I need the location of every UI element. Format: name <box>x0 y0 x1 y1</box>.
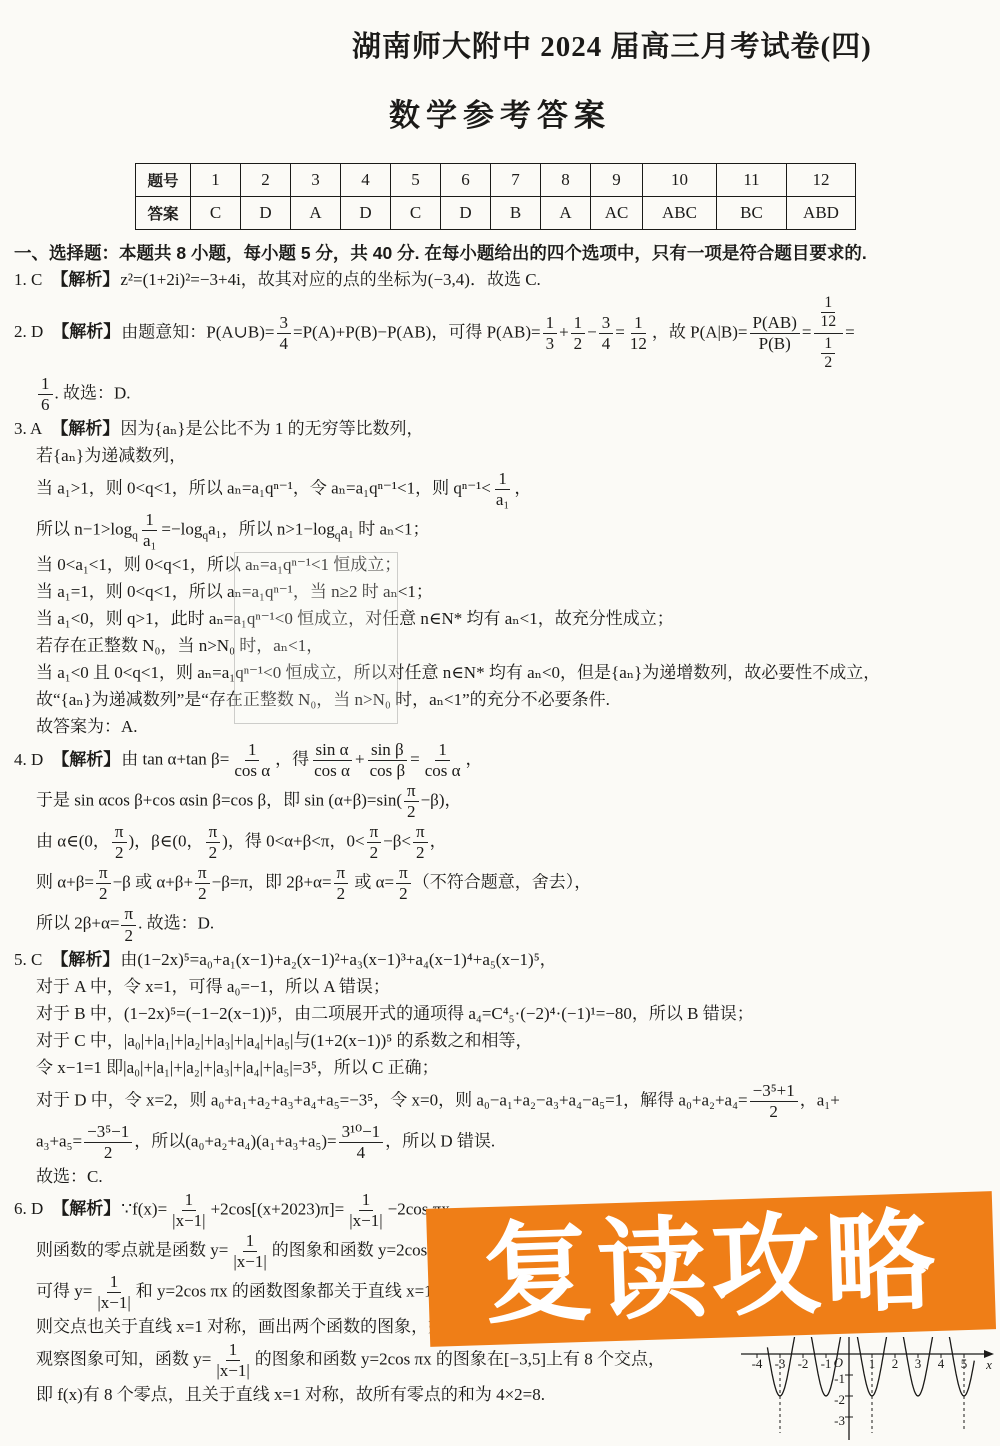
question-number-cell: 10 <box>643 164 717 197</box>
fraction: P(AB)P(B) <box>750 313 800 354</box>
solution: 4. D【解析】由 tan α+tan β=1cos α，得sin αcos α… <box>36 740 992 945</box>
analysis-tag: 【解析】 <box>51 419 119 438</box>
fraction: 1|x−1| <box>230 1231 269 1272</box>
question-number-cell: 12 <box>787 164 856 197</box>
solution-line: 5. C【解析】由(1−2x)⁵=a₀+a₁(x−1)+a₂(x−1)²+a₃(… <box>14 946 992 973</box>
axis-tick-label: -3 <box>834 1413 845 1428</box>
fraction: −3⁵+12 <box>750 1081 798 1122</box>
answer-cell: A <box>541 197 591 230</box>
solution-line: 对于 B 中，(1−2x)⁵=(−1−2(x−1))⁵，由二项展开式的通项得 a… <box>36 1000 992 1027</box>
fraction: 112 <box>627 313 650 354</box>
solution-label: 6. D <box>14 1199 43 1218</box>
solution-line: 4. D【解析】由 tan α+tan β=1cos α，得sin αcos α… <box>14 740 992 781</box>
answer-cell: BC <box>717 197 787 230</box>
axis-tick-label: -2 <box>798 1356 809 1371</box>
axis-tick-label: 4 <box>938 1356 945 1371</box>
answer-table: 题号123456789101112答案CDADCDBAACABCBCABD <box>135 163 856 230</box>
fraction: π2 <box>404 781 419 822</box>
question-number-cell: 1 <box>191 164 241 197</box>
solution-label: 3. A <box>14 419 42 438</box>
solution-label: 1. C <box>14 270 42 289</box>
question-number-cell: 8 <box>541 164 591 197</box>
axis-tick-label: -1 <box>821 1356 832 1371</box>
fraction: −3⁵−12 <box>84 1122 132 1163</box>
row-header-cell: 答案 <box>136 197 191 230</box>
answer-cell: D <box>241 197 291 230</box>
solution-label: 4. D <box>14 750 43 769</box>
solution-line: a₃+a₅=−3⁵−12，所以(a₀+a₂+a₄)(a₁+a₃+a₅)=3¹⁰−… <box>36 1122 992 1163</box>
solution: 5. C【解析】由(1−2x)⁵=a₀+a₁(x−1)+a₂(x−1)²+a₃(… <box>36 946 992 1190</box>
solution-line: 当 0<a₁<1，则 0<q<1，所以 aₙ=a₁qⁿ⁻¹<1 恒成立； <box>36 551 992 578</box>
solution-line: 所以 2β+α=π2. 故选：D. <box>36 904 992 945</box>
fraction: π2 <box>396 863 411 904</box>
solution-line: 当 a₁<0，则 q>1，此时 aₙ=a₁qⁿ⁻¹<0 恒成立，对任意 n∈N*… <box>36 605 992 632</box>
answer-cell: D <box>441 197 491 230</box>
solution-line: 令 x−1=1 即|a₀|+|a₁|+|a₂|+|a₃|+|a₄|+|a₅|=3… <box>36 1054 992 1081</box>
watermark-text: 复读攻略 <box>481 1207 940 1331</box>
answer-cell: A <box>291 197 341 230</box>
solution-line: 对于 D 中，令 x=2，则 a₀+a₁+a₂+a₃+a₄+a₅=−3⁵，令 x… <box>36 1081 992 1122</box>
analysis-tag: 【解析】 <box>52 750 120 769</box>
solution: 2. D【解析】由题意知：P(A∪B)=34=P(A)+P(B)−P(AB)，可… <box>36 293 992 415</box>
table-row: 题号123456789101112 <box>136 164 856 197</box>
answer-cell: ABC <box>643 197 717 230</box>
answer-cell: B <box>491 197 541 230</box>
answer-cell: AC <box>591 197 643 230</box>
fraction: π2 <box>206 822 221 863</box>
fraction: 1cos α <box>231 740 273 781</box>
solution-label: 2. D <box>14 322 43 341</box>
fraction: 1|x−1| <box>94 1272 133 1313</box>
axis-tick-label: -4 <box>752 1356 763 1371</box>
axis-tick-label: -3 <box>775 1356 786 1371</box>
fraction: 1|x−1| <box>169 1190 208 1231</box>
fraction: 11212 <box>814 293 844 374</box>
question-number-cell: 6 <box>441 164 491 197</box>
section-header: 一、选择题：本题共 8 小题，每小题 5 分，共 40 分. 在每小题给出的四个… <box>14 240 992 266</box>
solution-line: 对于 A 中，令 x=1，可得 a₀=−1，所以 A 错误； <box>36 973 992 1000</box>
solution-line: 若存在正整数 N₀，当 n>N₀ 时，aₙ<1， <box>36 632 992 659</box>
axis-tick-label: 1 <box>869 1356 876 1371</box>
solution-line: 当 a₁>1，则 0<q<1，所以 aₙ=a₁qⁿ⁻¹，令 aₙ=a₁qⁿ⁻¹<… <box>36 469 992 510</box>
fraction: 12 <box>821 335 835 373</box>
question-number-cell: 5 <box>391 164 441 197</box>
axis-tick-label: -2 <box>834 1392 845 1407</box>
function-graph: -4-3-2-112345-1-2-3Ox <box>735 1337 997 1446</box>
fraction: 12 <box>571 313 586 354</box>
page-title: 湖南师大附中 2024 届高三月考试卷(四) <box>352 24 872 65</box>
fraction: 1|x−1| <box>213 1340 252 1381</box>
page-subtitle: 数学参考答案 <box>0 90 1000 135</box>
fraction: 1a₁ <box>493 469 512 510</box>
answer-cell: C <box>191 197 241 230</box>
question-number-cell: 2 <box>241 164 291 197</box>
question-number-cell: 3 <box>291 164 341 197</box>
fraction: 34 <box>599 313 614 354</box>
solution-line: 故选：C. <box>36 1163 992 1190</box>
solution-line: 2. D【解析】由题意知：P(A∪B)=34=P(A)+P(B)−P(AB)，可… <box>14 293 992 374</box>
fraction: 3¹⁰−14 <box>339 1122 384 1163</box>
solution: 1. C【解析】z²=(1+2i)²=−3+4i，故其对应的点的坐标为(−3,4… <box>36 266 992 293</box>
watermark-banner: 复读攻略 <box>426 1191 996 1347</box>
fraction: π2 <box>112 822 127 863</box>
question-number-cell: 7 <box>491 164 541 197</box>
fraction: π2 <box>367 822 382 863</box>
axis-tick-label: -1 <box>834 1371 845 1386</box>
solution-line: 若{aₙ}为递减数列， <box>36 442 992 469</box>
fraction: sin αcos α <box>311 740 353 781</box>
solution-line: 故“{aₙ}为递减数列”是“存在正整数 N₀，当 n>N₀ 时，aₙ<1”的充分… <box>36 686 992 713</box>
table-row: 答案CDADCDBAACABCBCABD <box>136 197 856 230</box>
fraction: 13 <box>543 313 558 354</box>
fraction: 1a₁ <box>140 510 159 551</box>
solution-label: 5. C <box>14 950 42 969</box>
fraction: π2 <box>96 863 111 904</box>
question-number-cell: 4 <box>341 164 391 197</box>
analysis-tag: 【解析】 <box>52 322 120 341</box>
fraction: sin βcos β <box>367 740 409 781</box>
solution-line: 当 a₁=1，则 0<q<1，所以 aₙ=a₁qⁿ⁻¹，当 n≥2 时 aₙ<1… <box>36 578 992 605</box>
analysis-tag: 【解析】 <box>52 1199 120 1218</box>
answer-cell: ABD <box>787 197 856 230</box>
analysis-tag: 【解析】 <box>51 270 119 289</box>
axis-tick-label: 3 <box>915 1356 922 1371</box>
axis-tick-label: x <box>985 1357 992 1372</box>
row-header-cell: 题号 <box>136 164 191 197</box>
fraction: 112 <box>818 294 840 332</box>
solution-line: 3. A【解析】因为{aₙ}是公比不为 1 的无穷等比数列， <box>14 415 992 442</box>
solution-line: 16. 故选：D. <box>36 374 992 415</box>
solution-line: 于是 sin αcos β+cos αsin β=cos β，即 sin (α+… <box>36 781 992 822</box>
fraction: 16 <box>38 374 53 415</box>
fraction: π2 <box>121 904 136 945</box>
question-number-cell: 11 <box>717 164 787 197</box>
solution-line: 对于 C 中，|a₀|+|a₁|+|a₂|+|a₃|+|a₄|+|a₅|与(1+… <box>36 1027 992 1054</box>
solution-line: 则 α+β=π2−β 或 α+β+π2−β=π，即 2β+α=π2 或 α=π2… <box>36 863 992 904</box>
analysis-tag: 【解析】 <box>51 950 119 969</box>
solution-line: 1. C【解析】z²=(1+2i)²=−3+4i，故其对应的点的坐标为(−3,4… <box>14 266 992 293</box>
fraction: π2 <box>413 822 428 863</box>
solution-line: 故答案为：A. <box>36 713 992 740</box>
solution-line: 当 a₁<0 且 0<q<1，则 aₙ=a₁qⁿ⁻¹<0 恒成立，所以对任意 n… <box>36 659 992 686</box>
fraction: π2 <box>195 863 210 904</box>
fraction: 1|x−1| <box>346 1190 385 1231</box>
solution-line: 由 α∈(0，π2)，β∈(0，π2)，得 0<α+β<π，0<π2−β<π2， <box>36 822 992 863</box>
axis-tick-label: 2 <box>892 1356 899 1371</box>
fraction: π2 <box>334 863 349 904</box>
axis-tick-label: O <box>834 1355 844 1370</box>
axis-tick-label: 5 <box>961 1356 968 1371</box>
fraction: 1cos α <box>422 740 464 781</box>
solution: 3. A【解析】因为{aₙ}是公比不为 1 的无穷等比数列，若{aₙ}为递减数列… <box>36 415 992 740</box>
question-number-cell: 9 <box>591 164 643 197</box>
fraction: 34 <box>277 313 292 354</box>
answer-cell: C <box>391 197 441 230</box>
answer-cell: D <box>341 197 391 230</box>
solution-line: 所以 n−1>logq1a₁=−logqa₁，所以 n>1−logqa₁ 时 a… <box>36 510 992 551</box>
